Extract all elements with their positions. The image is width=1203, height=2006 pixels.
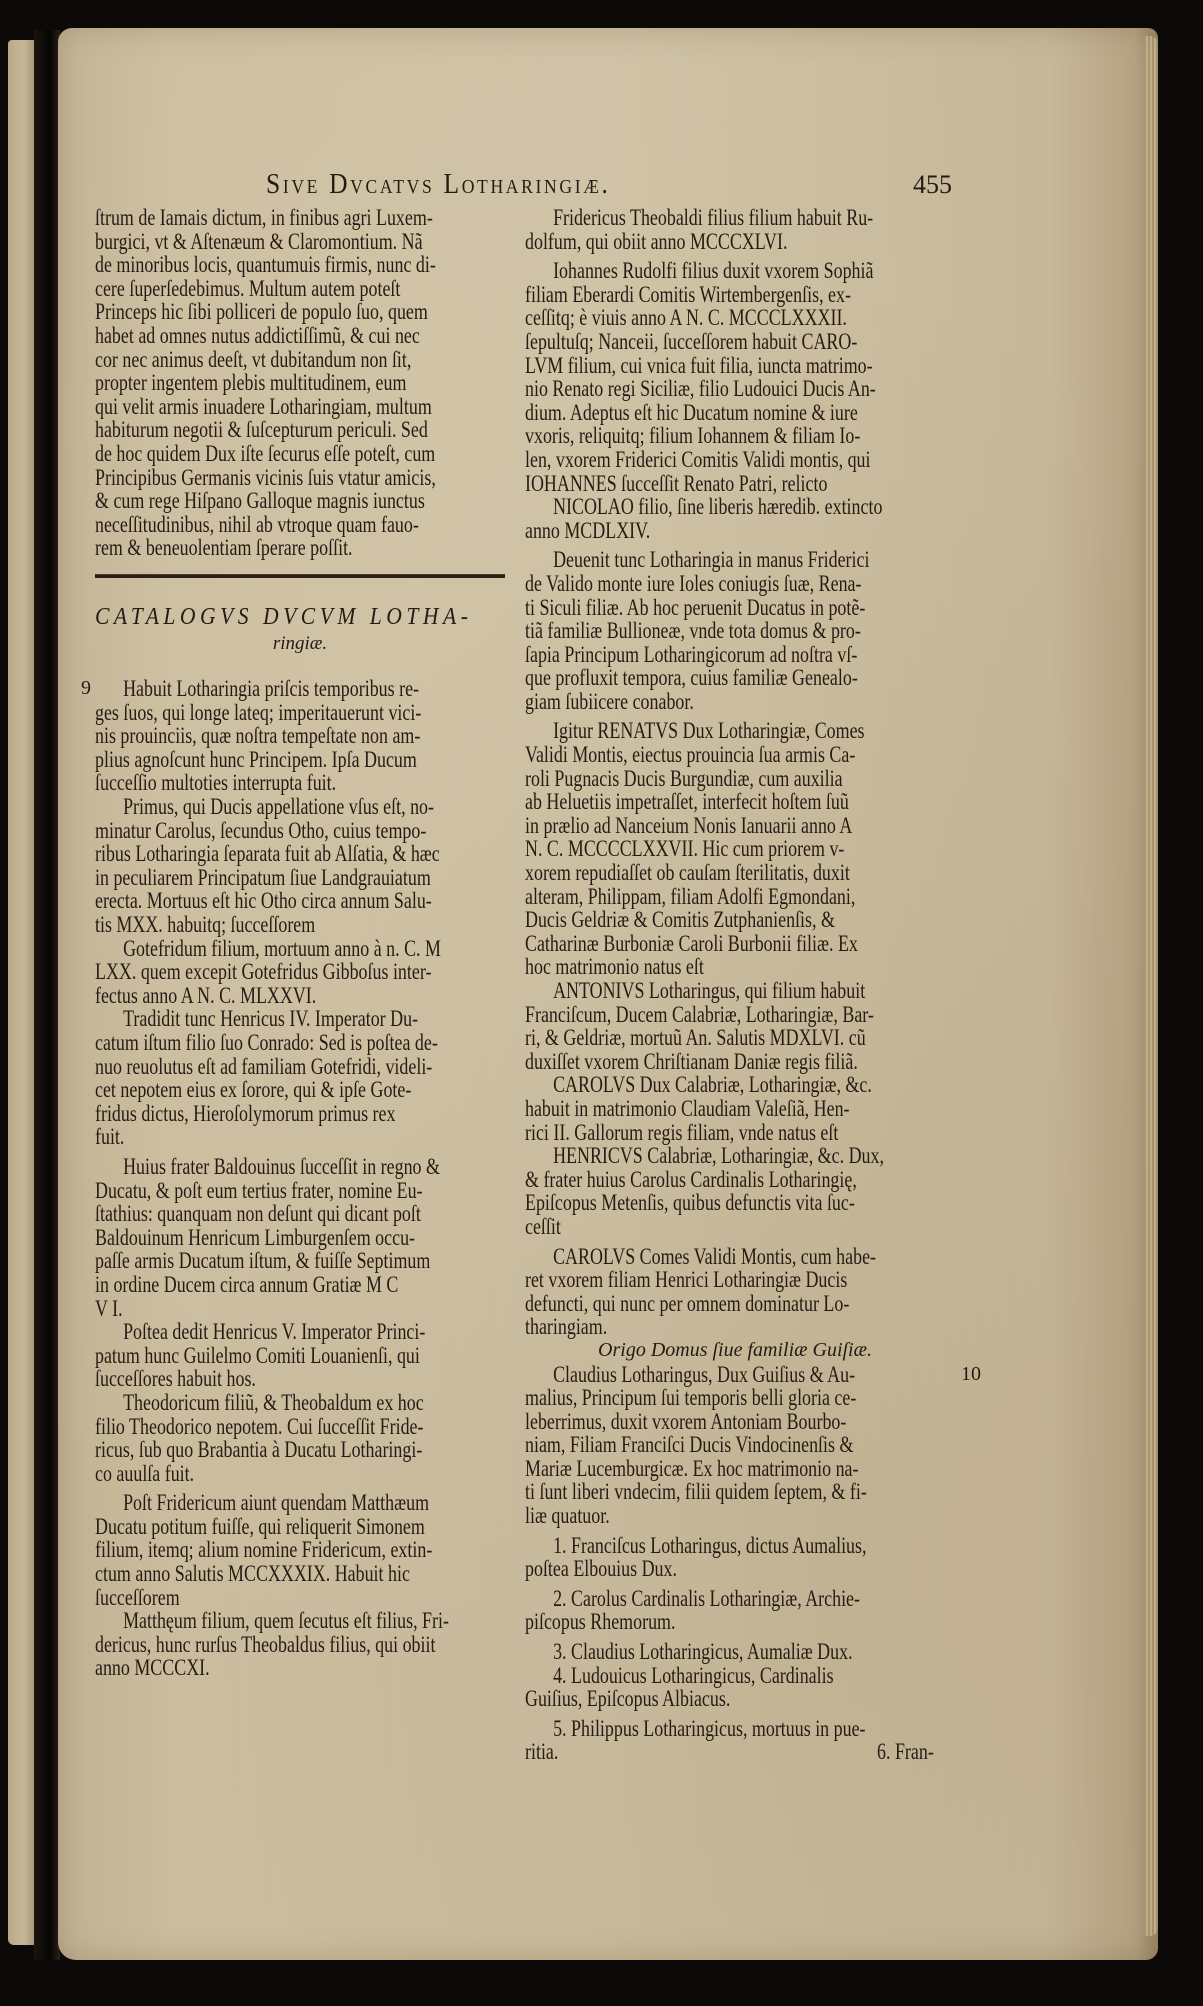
paragraph: 9 Habuit Lotharingia priſcis temporibus … [95, 677, 505, 795]
text-line: burgici, vt & Aſtenæum & Claromontium. N… [95, 230, 415, 254]
text-line: ſapia Principum Lotharingicorum ad noſtr… [525, 643, 853, 667]
text-line: alteram, Philippam, filiam Adolfi Egmond… [525, 885, 853, 909]
text-line: ſucceſſores habuit hos. [95, 1367, 415, 1391]
paragraph: Gotefridum filium, mortuum anno à n. C. … [95, 937, 505, 1008]
text-line: ANTONIVS Lotharingus, qui filium habuit [525, 979, 853, 1003]
text-line: Matthęum filium, quem ſecutus eſt filius… [95, 1609, 415, 1633]
text-line: ſtathius: quanquam non deſunt qui dicant… [95, 1202, 415, 1226]
text-line: de Valido monte iure Ioles coniugis ſuæ,… [525, 572, 853, 596]
text-line: Theodoricum filiũ, & Theobaldum ex hoc [95, 1391, 415, 1415]
text-line: Deuenit tunc Lotharingia in manus Frider… [525, 548, 853, 572]
text-line: dericus, hunc rurſus Theobaldus filius, … [95, 1633, 415, 1657]
text-line: filiam Eberardi Comitis Wirtembergenſis,… [525, 283, 853, 307]
text-line: Catharinæ Burboniæ Caroli Burbonii filiæ… [525, 932, 853, 956]
previous-page-edge [8, 40, 34, 1945]
text-line: Claudius Lotharingus, Dux Guiſius & Au- [525, 1363, 853, 1387]
text-line: plius agnoſcunt hunc Principem. Ipſa Duc… [95, 748, 415, 772]
text-line: defuncti, qui nunc per omnem dominatur L… [525, 1292, 853, 1316]
text-line: vxoris, reliquitq; filium Iohannem & fil… [525, 424, 853, 448]
text-line: que profluxit tempora, cuius familiæ Gen… [525, 666, 853, 690]
list-item: 4. Ludouicus Lotharingicus, Cardinalis G… [525, 1664, 945, 1711]
text-line: Guiſius, Epiſcopus Albiacus. [525, 1687, 853, 1711]
paragraph: Iohannes Rudolfi filius duxit vxorem Sop… [525, 259, 945, 495]
paragraph: NICOLAO filio, ſine liberis hæredib. ext… [525, 495, 945, 542]
text-line: V I. [95, 1297, 415, 1321]
text-line: poſtea Elbouius Dux. [525, 1557, 853, 1581]
right-column: Fridericus Theobaldi filius filium habui… [525, 206, 945, 1764]
text-line: LXX. quem excepit Gotefridus Gibboſus in… [95, 960, 415, 984]
text-line: Poſt Fridericum aiunt quendam Matthæum [95, 1491, 415, 1515]
paragraph: Igitur RENATVS Dux Lotharingiæ, Comes Va… [525, 719, 945, 979]
text-line: liæ quatuor. [525, 1504, 853, 1528]
page-number: 455 [913, 170, 952, 200]
running-title: Sive Dvcatvs Lotharingiæ. [266, 168, 611, 201]
text-line: Franciſcum, Ducem Calabriæ, Lotharingiæ,… [525, 1003, 853, 1027]
paragraph: Deuenit tunc Lotharingia in manus Frider… [525, 548, 945, 713]
text-line: roli Pugnacis Ducis Burgundiæ, cum auxil… [525, 767, 853, 791]
text-line: 2. Carolus Cardinalis Lotharingiæ, Archi… [525, 1587, 853, 1611]
list-item: 1. Franciſcus Lotharingus, dictus Aumali… [525, 1534, 945, 1581]
book-gutter [34, 30, 60, 1960]
text-line: filium, itemq; alium nomine Fridericum, … [95, 1538, 415, 1562]
text-line: Iohannes Rudolfi filius duxit vxorem Sop… [525, 259, 853, 283]
catchword: 6. Fran- [877, 1740, 934, 1764]
text-line: co auulſa fuit. [95, 1462, 415, 1486]
text-line: ribus Lotharingia ſeparata fuit ab Alſat… [95, 842, 415, 866]
text-line: CAROLVS Comes Validi Montis, cum habe- [525, 1245, 853, 1269]
text-line: ti Siculi filiæ. Ab hoc peruenit Ducatus… [525, 596, 853, 620]
text-line: tiã familiæ Bullioneæ, vnde tota domus &… [525, 619, 853, 643]
text-line: anno MCCCXI. [95, 1656, 415, 1680]
paragraph: ANTONIVS Lotharingus, qui filium habuit … [525, 979, 945, 1073]
text-line: Poſtea dedit Henricus V. Imperator Princ… [95, 1320, 415, 1344]
text-line: in ordine Ducem circa annum Gratiæ M C [95, 1273, 415, 1297]
text-line: ti ſunt liberi vndecim, filii quidem ſep… [525, 1480, 853, 1504]
catalogus-title: CATALOGVS DVCVM LOTHA- [95, 606, 464, 630]
text-line: anno MCDLXIV. [525, 519, 853, 543]
paragraph: Theodoricum filiũ, & Theobaldum ex hoc f… [95, 1391, 505, 1485]
text-line: Ducatu, & poſt eum tertius frater, nomin… [95, 1179, 415, 1203]
text-line: habiturum negotii & ſuſcepturum periculi… [95, 418, 415, 442]
text-line: qui velit armis inuadere Lotharingiam, m… [95, 395, 415, 419]
text-line: filio Theodorico nepotem. Cui ſucceſſit … [95, 1415, 415, 1439]
paragraph: Fridericus Theobaldi filius filium habui… [525, 206, 945, 253]
text-line: cere ſuperſedebimus. Multum autem poteſt [95, 277, 415, 301]
text-line: duxiſſet vxorem Chriſtianam Daniæ regis … [525, 1050, 853, 1074]
paragraph: HENRICVS Calabriæ, Lotharingiæ, &c. Dux,… [525, 1144, 945, 1238]
text-line: Validi Montis, eiectus prouincia ſua arm… [525, 743, 853, 767]
text-line: hoc matrimonio natus eſt [525, 955, 853, 979]
text-line: in prælio ad Nanceium Nonis Ianuarii ann… [525, 814, 853, 838]
text-line: Epiſcopus Metenſis, quibus defunctis vit… [525, 1191, 853, 1215]
text-line: Fridericus Theobaldi filius filium habui… [525, 206, 853, 230]
text-line: ges ſuos, qui longe lateq; imperitauerun… [95, 701, 415, 725]
text-line: ſepultuſq; Nanceii, ſucceſſorem habuit C… [525, 330, 853, 354]
text-line: niam, Filiam Franciſci Ducis Vindocinenſ… [525, 1433, 853, 1457]
text-line: erecta. Mortuus eſt hic Otho circa annum… [95, 889, 415, 913]
text-line: piſcopus Rhemorum. [525, 1610, 853, 1634]
text-line: in peculiarem Principatum ſiue Landgraui… [95, 866, 415, 890]
paragraph: Huius frater Baldouinus ſucceſſit in reg… [95, 1155, 505, 1320]
text-line: Huius frater Baldouinus ſucceſſit in reg… [95, 1155, 415, 1179]
paragraph: Poſt Fridericum aiunt quendam Matthæum D… [95, 1491, 505, 1609]
text-line: giam ſubiicere conabor. [525, 690, 853, 714]
text-line: 4. Ludouicus Lotharingicus, Cardinalis [525, 1664, 853, 1688]
text-line: dium. Adeptus eſt hic Ducatum nomine & i… [525, 401, 853, 425]
book-page: Sive Dvcatvs Lotharingiæ. 455 ſtrum de I… [58, 28, 1158, 1960]
text-line: Habuit Lotharingia priſcis temporibus re… [95, 677, 415, 701]
text-line: ſucceſſorem [95, 1586, 415, 1610]
text-line: nuo reuolutus eſt ad familiam Gotefridi,… [95, 1055, 415, 1079]
text-line: HENRICVS Calabriæ, Lotharingiæ, &c. Dux, [525, 1144, 853, 1168]
text-line: len, vxorem Friderici Comitis Validi mon… [525, 448, 853, 472]
text-line: & cum rege Hiſpano Galloque magnis iunct… [95, 489, 415, 513]
text-line: catum iſtum filio ſuo Conrado: Sed is po… [95, 1031, 415, 1055]
text-line: Mariæ Lucemburgicæ. Ex hoc matrimonio na… [525, 1457, 853, 1481]
paragraph: 10 Claudius Lotharingus, Dux Guiſius & A… [525, 1363, 945, 1528]
text-line: fuit. [95, 1125, 415, 1149]
text-line: 3. Claudius Lotharingicus, Aumaliæ Dux. [525, 1640, 853, 1664]
list-item: 2. Carolus Cardinalis Lotharingiæ, Archi… [525, 1587, 945, 1634]
text-line: ab Heluetiis impetraſſet, interfecit hoſ… [525, 790, 853, 814]
text-line: fectus anno A N. C. MLXXVI. [95, 984, 415, 1008]
text-line: nio Renato regi Siciliæ, filio Ludouici … [525, 377, 853, 401]
text-line: de hoc quidem Dux iſte ſecurus eſſe pote… [95, 442, 415, 466]
text-line: ri, & Geldriæ, mortuũ An. Salutis MDXLVI… [525, 1026, 853, 1050]
text-line: ceſſitq; è viuis anno A N. C. MCCCLXXXII… [525, 306, 853, 330]
paragraph: CAROLVS Dux Calabriæ, Lotharingiæ, &c. h… [525, 1073, 945, 1144]
margin-marker: 10 [961, 1363, 981, 1387]
list-item: 3. Claudius Lotharingicus, Aumaliæ Dux. [525, 1640, 945, 1664]
text-line: ſtrum de Iamais dictum, in finibus agri … [95, 206, 415, 230]
text-line: Igitur RENATVS Dux Lotharingiæ, Comes [525, 719, 853, 743]
text-line: rem & beneuolentiam ſperare poſſit. [95, 536, 415, 560]
text-line: neceſſitudinibus, nihil ab vtroque quam … [95, 513, 415, 537]
list-item: 5. Philippus Lotharingicus, mortuus in p… [525, 1717, 945, 1764]
text-line: minatur Carolus, ſecundus Otho, cuius te… [95, 819, 415, 843]
margin-marker: 9 [81, 677, 91, 701]
text-line: Baldouinum Henricum Limburgenſem occu- [95, 1226, 415, 1250]
text-line: ctum anno Salutis MCCXXXIX. Habuit hic [95, 1562, 415, 1586]
text-line: & frater huius Carolus Cardinalis Lothar… [525, 1168, 853, 1192]
paragraph: Tradidit tunc Henricus IV. Imperator Du-… [95, 1007, 505, 1149]
left-column: ſtrum de Iamais dictum, in finibus agri … [95, 206, 505, 1680]
text-line: Principibus Germanis vicinis ſuis vtatur… [95, 466, 415, 490]
catalogus-subtitle: ringiæ. [95, 632, 505, 656]
text-line: ritia. [525, 1740, 853, 1764]
text-line: ret vxorem filiam Henrici Lotharingiæ Du… [525, 1268, 853, 1292]
text-line: nis prouinciis, quæ noſtra tempeſtate no… [95, 724, 415, 748]
text-line: Princeps hic ſibi polliceri de populo ſu… [95, 300, 415, 324]
text-line: leberrimus, duxit vxorem Antoniam Bourbo… [525, 1410, 853, 1434]
text-line: malius, Principum ſui temporis belli glo… [525, 1386, 853, 1410]
text-line: 5. Philippus Lotharingicus, mortuus in p… [525, 1717, 853, 1741]
text-line: Primus, qui Ducis appellatione vſus eſt,… [95, 795, 415, 819]
paragraph: Poſtea dedit Henricus V. Imperator Princ… [95, 1320, 505, 1391]
text-line: 1. Franciſcus Lotharingus, dictus Aumali… [525, 1534, 853, 1558]
continued-paragraph: ſtrum de Iamais dictum, in finibus agri … [95, 206, 505, 560]
text-line: N. C. MCCCCLXXVII. Hic cum priorem v- [525, 837, 853, 861]
text-line: dolfum, qui obiit anno MCCCXLVI. [525, 230, 853, 254]
text-line: Tradidit tunc Henricus IV. Imperator Du- [95, 1007, 415, 1031]
page-fore-edge [1144, 36, 1158, 1936]
section-rule [95, 574, 505, 578]
text-line: patum hunc Guilelmo Comiti Louanienſi, q… [95, 1344, 415, 1368]
text-line: LVM filium, cui vnica fuit filia, iuncta… [525, 354, 853, 378]
text-line: tis MXX. habuitq; ſucceſſorem [95, 913, 415, 937]
text-line: cor nec animus deeſt, vt dubitandum non … [95, 348, 415, 372]
text-line: propter ingentem plebis multitudinem, eu… [95, 371, 415, 395]
text-line: fridus dictus, Hieroſolymorum primus rex [95, 1102, 415, 1126]
guise-section-heading: Origo Domus ſiue familiæ Guiſiæ. [525, 1339, 945, 1363]
text-line: de minoribus locis, quantumuis firmis, n… [95, 253, 415, 277]
paragraph: Matthęum filium, quem ſecutus eſt filius… [95, 1609, 505, 1680]
text-line: tharingiam. [525, 1315, 853, 1339]
text-line: ricus, ſub quo Brabantia à Ducatu Lothar… [95, 1438, 415, 1462]
text-line: NICOLAO filio, ſine liberis hæredib. ext… [525, 495, 853, 519]
text-line: CAROLVS Dux Calabriæ, Lotharingiæ, &c. [525, 1073, 853, 1097]
text-line: xorem repudiaſſet ob cauſam ſterilitatis… [525, 861, 853, 885]
text-line: paſſe armis Ducatum iſtum, & fuiſſe Sept… [95, 1249, 415, 1273]
paragraph: CAROLVS Comes Validi Montis, cum habe- r… [525, 1245, 945, 1339]
text-line: ceſſit [525, 1215, 853, 1239]
page-header: Sive Dvcatvs Lotharingiæ. 455 [58, 168, 1158, 200]
text-line: Ducis Geldriæ & Comitis Zutphanienſis, & [525, 908, 853, 932]
text-line: cet nepotem eius ex ſorore, qui & ipſe G… [95, 1078, 415, 1102]
text-line: habuit in matrimonio Claudiam Valeſiã, H… [525, 1097, 853, 1121]
text-line: Ducatu potitum fuiſſe, qui reliquerit Si… [95, 1515, 415, 1539]
text-line: habet ad omnes nutus addictiſſimũ, & cui… [95, 324, 415, 348]
text-line: IOHANNES ſucceſſit Renato Patri, relicto [525, 472, 853, 496]
text-line: Gotefridum filium, mortuum anno à n. C. … [95, 937, 415, 961]
text-line: ſucceſſio multoties interrupta fuit. [95, 771, 415, 795]
paragraph: Primus, qui Ducis appellatione vſus eſt,… [95, 795, 505, 937]
text-line: rici II. Gallorum regis filiam, vnde nat… [525, 1121, 853, 1145]
